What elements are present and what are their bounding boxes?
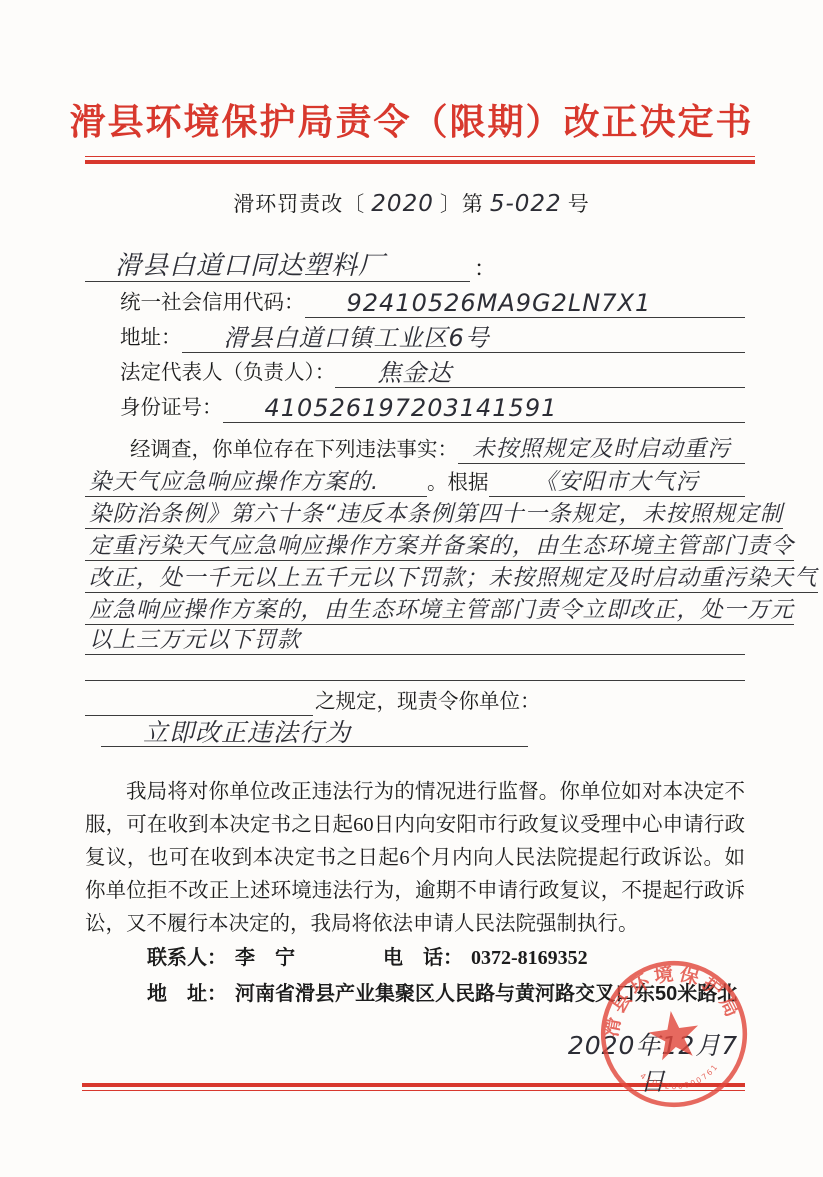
identity-fields: 统一社会信用代码： 92410526MA9G2LN7X1 地址： 滑县白道口镇工… [85, 283, 745, 423]
facts-handwritten-2b: 《安阳市大气污 [489, 469, 746, 497]
recipient-colon: ： [470, 256, 496, 282]
contact-person-label: 联系人： [147, 941, 227, 970]
order-lead-text: 之规定，现责令你单位： [313, 688, 541, 716]
docno-prefix: 滑环罚责改〔 [233, 192, 365, 216]
facts-handwritten-6: 应急响应操作方案的，由生态环境主管部门责令立即改正，处一万元 [85, 597, 794, 625]
supervision-paragraph: 我局将对你单位改正违法行为的情况进行监督。你单位如对本决定不服，可在收到本决定书… [85, 776, 745, 941]
violation-facts-section: 经调查，你单位存在下列违法事实： 未按照规定及时启动重污 染天气应急响应操作方案… [85, 432, 745, 747]
recipient-name-handwritten: 滑县白道口同达塑料厂 [85, 251, 470, 282]
field-address: 地址： 滑县白道口镇工业区6号 [85, 318, 745, 353]
facts-line-3: 染防治条例》第六十条“违反本条例第四十一条规定，未按照规定制 [85, 497, 745, 529]
blank-underline [85, 655, 745, 681]
docno-mid: 〕第 [440, 192, 484, 216]
field-credit-code: 统一社会信用代码： 92410526MA9G2LN7X1 [85, 283, 745, 318]
facts-line-2: 染天气应急响应操作方案的. 。根据 《安阳市大气污 [85, 464, 745, 497]
blank-underline-segment [85, 680, 745, 681]
official-seal: 滑县环境保护局 4105260000761 [577, 937, 771, 1131]
field-id-number-value: 410526197203141591 [223, 394, 746, 423]
field-id-number: 身份证号： 410526197203141591 [85, 388, 745, 423]
facts-handwritten-3: 染防治条例》第六十条“违反本条例第四十一条规定，未按照规定制 [85, 501, 783, 529]
contact-phone-value: 0372-8169352 [463, 947, 588, 970]
order-handwritten: 立即改正违法行为 [101, 719, 528, 747]
facts-handwritten-7: 以上三万元以下罚款 [85, 627, 745, 655]
facts-lead-text: 经调查，你单位存在下列违法事实： [130, 436, 458, 464]
facts-handwritten-5: 改正，处一千元以上五千元以下罚款；未按照规定及时启动重污染天气 [85, 565, 818, 593]
field-credit-code-label: 统一社会信用代码： [85, 289, 305, 318]
field-address-value: 滑县白道口镇工业区6号 [182, 324, 746, 353]
field-legal-rep-label: 法定代表人（负责人）： [85, 359, 335, 388]
svg-text:4105260000761: 4105260000761 [638, 1061, 723, 1097]
field-credit-code-value: 92410526MA9G2LN7X1 [305, 289, 746, 318]
document-title: 滑县环境保护局责令（限期）改正决定书 [60, 94, 763, 145]
docno-suffix: 号 [568, 192, 590, 216]
recipient-line: 滑县白道口同达塑料厂 ： [85, 248, 745, 282]
facts-handwritten-4: 定重污染天气应急响应操作方案并备案的，由生态环境主管部门责令 [85, 533, 794, 561]
facts-line-4: 定重污染天气应急响应操作方案并备案的，由生态环境主管部门责令 [85, 529, 745, 561]
field-legal-rep: 法定代表人（负责人）： 焦金达 [85, 353, 745, 388]
seal-serial-number: 4105260000761 [638, 1061, 723, 1097]
facts-line-7: 以上三万元以下罚款 [85, 625, 745, 655]
order-blank-segment [85, 715, 313, 716]
field-address-label: 地址： [85, 324, 182, 353]
facts-line-1: 经调查，你单位存在下列违法事实： 未按照规定及时启动重污 [85, 432, 745, 464]
facts-line-6: 应急响应操作方案的，由生态环境主管部门责令立即改正，处一万元 [85, 593, 745, 625]
order-line: 立即改正违法行为 [85, 716, 745, 747]
contact-address-label: 地 址： [147, 977, 227, 1006]
facts-handwritten-1: 未按照规定及时启动重污 [458, 436, 745, 464]
facts-genju-text: 。根据 [427, 469, 489, 497]
header-double-rule [85, 156, 755, 164]
seal-star-icon [646, 1007, 702, 1061]
contact-person-value: 李 宁 [227, 941, 295, 970]
order-lead-line: 之规定，现责令你单位： [85, 681, 745, 716]
field-legal-rep-value: 焦金达 [335, 359, 745, 388]
docno-year-handwritten: 2020 [365, 191, 440, 217]
contact-phone-label: 电 话： [383, 941, 463, 970]
docno-serial-handwritten: 5-022 [484, 191, 568, 217]
field-id-number-label: 身份证号： [85, 394, 223, 423]
facts-line-5: 改正，处一千元以上五千元以下罚款；未按照规定及时启动重污染天气 [85, 561, 745, 593]
document-number: 滑环罚责改〔2020〕第5-022号 [60, 188, 763, 222]
facts-handwritten-2a: 染天气应急响应操作方案的. [85, 469, 427, 497]
document-page: 滑县环境保护局责令（限期）改正决定书 滑环罚责改〔2020〕第5-022号 滑县… [0, 0, 823, 1177]
